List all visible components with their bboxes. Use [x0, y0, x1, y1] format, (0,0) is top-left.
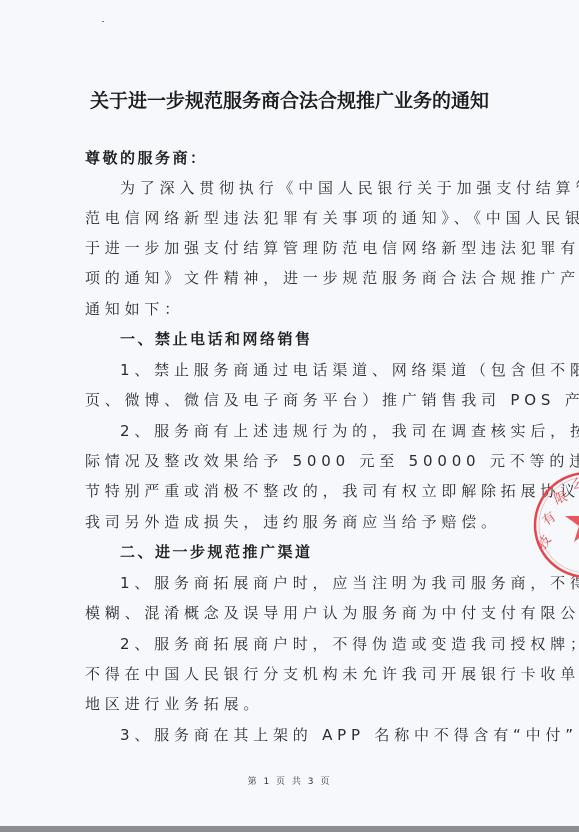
s1-item1-line-1: 1、禁止服务商通过电话渠道、网络渠道（包含但不限于网 — [120, 360, 530, 380]
s2-item1-line-2: 模糊、混淆概念及误导用户认为服务商为中付支付有限公司。 — [85, 603, 495, 623]
s2-item2-line-1: 2、服务商拓展商户时，不得伪造或变造我司授权牌；并且， — [120, 634, 530, 654]
s2-item1-line-1: 1、服务商拓展商户时，应当注明为我司服务商，不得回避、 — [120, 573, 530, 593]
svg-text:限: 限 — [552, 489, 569, 508]
svg-text:公: 公 — [572, 477, 579, 492]
intro-line-1: 为了深入贯彻执行《中国人民银行关于加强支付结算管理防 — [120, 178, 530, 198]
intro-line-2: 范电信网络新型违法犯罪有关事项的通知》、《中国人民银行关 — [85, 208, 495, 228]
s2-item2-line-3: 地区进行业务拓展。 — [85, 694, 495, 714]
document-page: 关于进一步规范服务商合法合规推广业务的通知 尊敬的服务商： 为了深入贯彻执行《中… — [0, 0, 579, 832]
section-1-heading: 一、禁止电话和网络销售 — [120, 329, 530, 349]
company-seal-icon: 技 有 限 公 — [532, 470, 579, 580]
section-2-heading: 二、进一步规范推广渠道 — [120, 542, 530, 562]
salutation: 尊敬的服务商： — [85, 148, 495, 168]
s1-item2-line-2: 际情况及整改效果给予 5000 元至 50000 元不等的违约金；若情 — [85, 451, 495, 471]
page-footer: 第 1 页 共 3 页 — [0, 774, 579, 787]
s2-item3-line-1: 3、服务商在其上架的 APP 名称中不得含有“中付”（相同 — [120, 725, 530, 745]
s2-item2-line-2: 不得在中国人民银行分支机构未允许我司开展银行卡收单业务 — [85, 664, 495, 684]
intro-line-5: 通知如下： — [85, 299, 495, 319]
intro-line-4: 项的通知》文件精神，进一步规范服务商合法合规推广产品。现 — [85, 268, 495, 288]
s1-item2-line-3: 节特别严重或消极不整改的，我司有权立即解除拓展协议，如给 — [85, 481, 495, 501]
svg-text:有: 有 — [540, 510, 559, 530]
s1-item2-line-4: 我司另外造成损失，违约服务商应当给予赔偿。 — [85, 512, 495, 532]
s1-item1-line-2: 页、微博、微信及电子商务平台）推广销售我司 POS 产品。 — [85, 390, 495, 410]
document-title: 关于进一步规范服务商合法合规推广业务的通知 — [0, 86, 579, 113]
scan-speck — [102, 21, 104, 22]
intro-line-3: 于进一步加强支付结算管理防范电信网络新型违法犯罪有关事 — [85, 238, 495, 258]
s1-item2-line-1: 2、服务商有上述违规行为的，我司在调查核实后，按照实 — [120, 421, 530, 441]
